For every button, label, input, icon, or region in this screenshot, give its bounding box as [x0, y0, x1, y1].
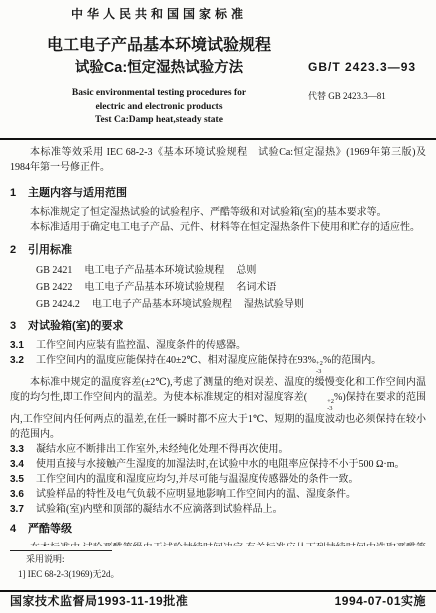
- clause-text: 试验箱(室)内壁和顶部的凝结水不应滴落到试验样品上。: [36, 502, 426, 517]
- clause-text: 试验样品的特性及电气负载不应明显地影响工作空间内的温、湿度条件。: [36, 487, 426, 502]
- reference-code: GB 2424.2: [36, 299, 80, 310]
- clause-number: 3.6: [10, 487, 36, 502]
- clause-number: 3.2: [10, 353, 36, 375]
- reference-subtitle: 湿热试验导则: [244, 299, 304, 310]
- section-2-body: GB 2421电工电子产品基本环境试验规程总则 GB 2422电工电子产品基本环…: [10, 262, 426, 313]
- reference-item: GB 2424.2电工电子产品基本环境试验规程湿热试验导则: [10, 296, 426, 313]
- reference-subtitle: 名词术语: [236, 282, 276, 293]
- section-1-number: 1: [10, 186, 28, 201]
- section-4-heading: 4严酷等级: [10, 522, 426, 537]
- clause-number: 3.3: [10, 442, 36, 457]
- reference-subtitle: 总则: [236, 265, 256, 276]
- section-1-heading: 1主题内容与适用范围: [10, 186, 426, 201]
- foreword-paragraph: 本标准等效采用 IEC 68-2-3《基本环境试验规程 试验Ca:恒定湿热》(1…: [10, 145, 426, 175]
- reference-code: GB 2422: [36, 282, 72, 293]
- section-2-number: 2: [10, 243, 28, 258]
- reference-item: GB 2421电工电子产品基本环境试验规程总则: [10, 262, 426, 279]
- title-english: Basic environmental testing procedures f…: [10, 87, 308, 128]
- title-english-line2: electric and electronic products: [10, 101, 308, 115]
- page-bottom-block: 采用说明: 1] IEC 68-2-3(1969)无2d。 国家技术监督局199…: [0, 546, 436, 613]
- header-divider-rule: [0, 138, 436, 140]
- clause-number: 3.1: [10, 338, 36, 353]
- clause-3-5: 3.5工作空间内的温度和湿度应均匀,并尽可能与温湿度传感器处的条件一致。: [10, 472, 426, 487]
- approval-authority-date: 国家技术监督局1993-11-19批准: [10, 594, 188, 609]
- tolerance-lower: -3: [307, 405, 334, 412]
- title-english-line3: Test Ca:Damp heat,steady state: [10, 114, 308, 128]
- humidity-tolerance-stack: +2-3: [316, 360, 323, 374]
- footnote-label: 采用说明:: [10, 553, 426, 566]
- section-3-body: 3.1工作空间内应装有监控温、湿度条件的传感器。 3.2工作空间内的温度应能保持…: [10, 338, 426, 517]
- standard-document-page: 中华人民共和国国家标准 电工电子产品基本环境试验规程 试验Ca:恒定湿热试验方法…: [0, 0, 436, 613]
- clause-3-4: 3.4使用直接与水接触产生湿度的加湿法时,在试验中水的电阻率应保持不小于500 …: [10, 457, 426, 472]
- section-1-paragraph-1: 本标准规定了恒定湿热试验的试验程序、严酷等级和对试验箱(室)的基本要求等。: [10, 205, 426, 220]
- footnote-item: 1] IEC 68-2-3(1969)无2d。: [10, 568, 426, 581]
- replaces-note: 代替 GB 2423.3—81: [308, 89, 424, 104]
- standard-number: GB/T 2423.3—93: [308, 60, 424, 75]
- header-block: 中华人民共和国国家标准 电工电子产品基本环境试验规程 试验Ca:恒定湿热试验方法…: [10, 5, 308, 128]
- standard-number-block: GB/T 2423.3—93 代替 GB 2423.3—81: [308, 60, 424, 104]
- clause-3-3: 3.3凝结水应不断排出工作室外,未经纯化处理不得再次使用。: [10, 442, 426, 457]
- clause-3-6: 3.6试验样品的特性及电气负载不应明显地影响工作空间内的温、湿度条件。: [10, 487, 426, 502]
- section-2-title: 引用标准: [28, 244, 72, 256]
- section-4-title: 严酷等级: [28, 523, 72, 535]
- footer: 国家技术监督局1993-11-19批准 1994-07-01实施: [10, 594, 426, 609]
- clause-text-after: %的范围内。: [323, 355, 381, 366]
- section-3-number: 3: [10, 319, 28, 334]
- section-4-number: 4: [10, 522, 28, 537]
- reference-name: 电工电子产品基本环境试验规程: [84, 282, 224, 293]
- clause-text-before: 工作空间内的温度应能保持在40±2℃、相对湿度应能保持在93%: [36, 355, 316, 366]
- tolerance-upper: +2: [316, 360, 323, 367]
- footer-divider-rule: [0, 590, 436, 592]
- clause-text: 工作空间内应装有监控温、湿度条件的传感器。: [36, 338, 426, 353]
- title-chinese-line2: 试验Ca:恒定湿热试验方法: [10, 58, 308, 78]
- clause-text: 凝结水应不断排出工作室外,未经纯化处理不得再次使用。: [36, 442, 426, 457]
- clause-number: 3.4: [10, 457, 36, 472]
- section-1-paragraph-2: 本标准适用于确定电工电子产品、元件、材料等在恒定湿热条件下使用和贮存的适应性。: [10, 220, 426, 235]
- title-english-line1: Basic environmental testing procedures f…: [10, 87, 308, 101]
- implementation-date: 1994-07-01实施: [335, 594, 426, 609]
- reference-item: GB 2422电工电子产品基本环境试验规程名词术语: [10, 279, 426, 296]
- section-1-body: 本标准规定了恒定湿热试验的试验程序、严酷等级和对试验箱(室)的基本要求等。 本标…: [10, 205, 426, 235]
- clause-3-1: 3.1工作空间内应装有监控温、湿度条件的传感器。: [10, 338, 426, 353]
- tolerance-upper: +2: [307, 398, 334, 405]
- footnote-divider: [10, 550, 112, 551]
- humidity-tolerance-stack: +2-3: [307, 398, 334, 412]
- clause-text: 使用直接与水接触产生湿度的加湿法时,在试验中水的电阻率应保持不小于500 Ω·m…: [36, 457, 426, 472]
- clause-3-2-note: 本标准中规定的温度容差(±2℃),考虑了测量的绝对误差、温度的缓慢变化和工作空间…: [10, 375, 426, 442]
- clause-number: 3.5: [10, 472, 36, 487]
- reference-name: 电工电子产品基本环境试验规程: [84, 265, 224, 276]
- clause-text: 工作空间内的温度应能保持在40±2℃、相对湿度应能保持在93%+2-3%的范围内…: [36, 353, 426, 375]
- title-chinese-line1: 电工电子产品基本环境试验规程: [10, 35, 308, 56]
- clause-number: 3.7: [10, 502, 36, 517]
- reference-name: 电工电子产品基本环境试验规程: [92, 299, 232, 310]
- section-2-heading: 2引用标准: [10, 243, 426, 258]
- reference-code: GB 2421: [36, 265, 72, 276]
- clause-text: 工作空间内的温度和湿度应均匀,并尽可能与温湿度传感器处的条件一致。: [36, 472, 426, 487]
- clause-3-7: 3.7试验箱(室)内壁和顶部的凝结水不应滴落到试验样品上。: [10, 502, 426, 517]
- national-standard-label: 中华人民共和国国家标准: [10, 5, 308, 23]
- clause-3-2: 3.2工作空间内的温度应能保持在40±2℃、相对湿度应能保持在93%+2-3%的…: [10, 353, 426, 375]
- section-3-title: 对试验箱(室)的要求: [28, 320, 123, 332]
- section-3-heading: 3对试验箱(室)的要求: [10, 319, 426, 334]
- tolerance-lower: -3: [316, 368, 323, 375]
- section-1-title: 主题内容与适用范围: [28, 187, 127, 199]
